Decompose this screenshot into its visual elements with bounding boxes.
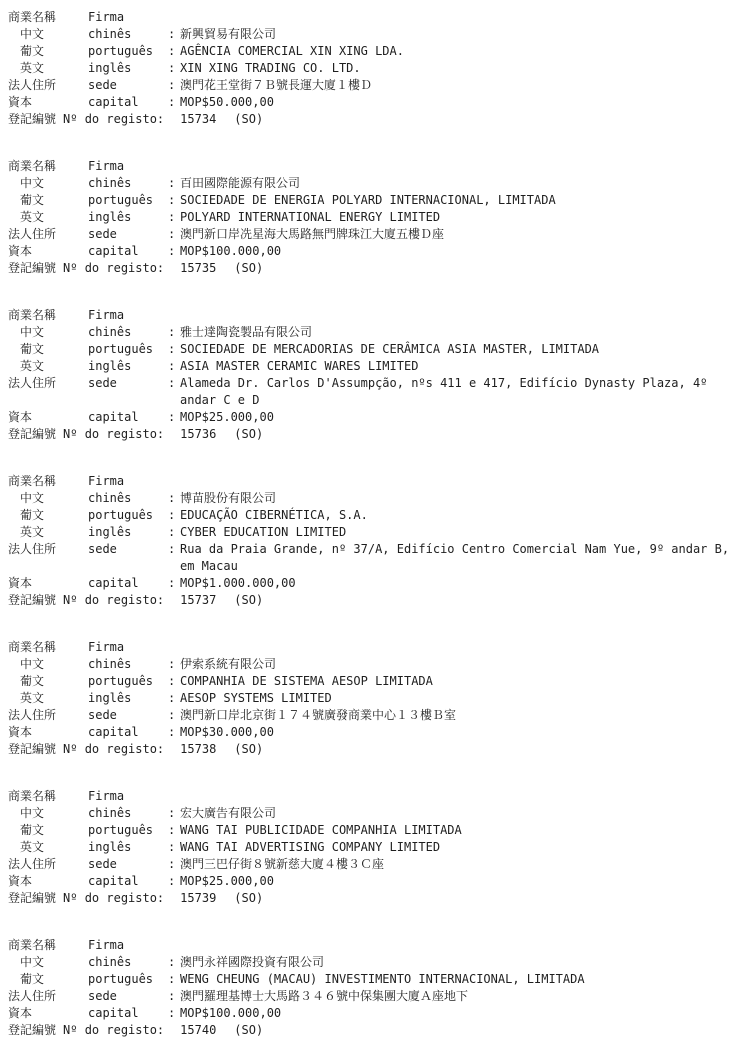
portuguese-name-row: 葡文 português : COMPANHIA DE SISTEMA AESO… [8, 673, 736, 690]
registered-address-row: 法人住所 sede : 澳門新口岸冼星海大馬路無門牌珠江大廈五樓Ｄ座 [8, 226, 736, 243]
registered-address: 澳門三巴仔街８號新慈大廈４樓３Ｃ座 [180, 856, 736, 873]
registration-number: 15738 [180, 741, 216, 758]
label-business-name-zh: 商業名稱 [8, 9, 88, 26]
separator-colon: : [168, 575, 180, 592]
capital-amount: MOP$30.000,00 [180, 724, 736, 741]
label-capital-zh: 資本 [8, 409, 88, 426]
label-chinese-zh: 中文 [8, 324, 88, 341]
separator-colon: : [168, 192, 180, 209]
label-portuguese-pt: português [88, 971, 168, 988]
separator-colon: : [168, 226, 180, 243]
registration-number: 15735 [180, 260, 216, 277]
registered-address-row: 法人住所 sede : 澳門三巴仔街８號新慈大廈４樓３Ｃ座 [8, 856, 736, 873]
label-registration-pt: Nº do registo: [63, 260, 164, 277]
label-portuguese-zh: 葡文 [8, 341, 88, 358]
label-capital-zh: 資本 [8, 724, 88, 741]
capital-amount: MOP$100.000,00 [180, 243, 736, 260]
label-business-name-pt: Firma [88, 307, 168, 324]
label-chinese-pt: chinês [88, 805, 168, 822]
separator-colon: : [168, 324, 180, 341]
label-portuguese-pt: português [88, 507, 168, 524]
registration-number: 15739 [180, 890, 216, 907]
capital-row: 資本 capital : MOP$1.000.000,00 [8, 575, 736, 592]
business-name-header-row: 商業名稱 Firma [8, 473, 736, 490]
separator-colon: : [168, 507, 180, 524]
chinese-name-row: 中文 chinês : 百田國際能源有限公司 [8, 175, 736, 192]
label-registration-pt: Nº do registo: [63, 1022, 164, 1039]
registration-number-row: 登記編號 Nº do registo: 15734 (SO) [8, 111, 736, 128]
separator-colon: : [168, 77, 180, 94]
separator-colon: : [168, 175, 180, 192]
label-portuguese-zh: 葡文 [8, 822, 88, 839]
label-portuguese-pt: português [88, 341, 168, 358]
capital-row: 資本 capital : MOP$25.000,00 [8, 409, 736, 426]
separator-colon: : [168, 707, 180, 724]
label-registration-zh: 登記編號 [8, 592, 56, 609]
label-portuguese-zh: 葡文 [8, 971, 88, 988]
label-business-name-pt: Firma [88, 937, 168, 954]
capital-row: 資本 capital : MOP$30.000,00 [8, 724, 736, 741]
separator-colon: : [168, 409, 180, 426]
company-name-english: AESOP SYSTEMS LIMITED [180, 690, 736, 707]
separator-colon: : [168, 873, 180, 890]
label-english-pt: inglês [88, 209, 168, 226]
registered-address-row: 法人住所 sede : Alameda Dr. Carlos D'Assumpç… [8, 375, 736, 409]
english-name-row: 英文 inglês : AESOP SYSTEMS LIMITED [8, 690, 736, 707]
gazette-page: 商業名稱 Firma 中文 chinês : 新興貿易有限公司 葡文 portu… [0, 0, 742, 1039]
label-address-zh: 法人住所 [8, 988, 88, 1005]
company-name-english: CYBER EDUCATION LIMITED [180, 524, 736, 541]
label-portuguese-zh: 葡文 [8, 43, 88, 60]
capital-row: 資本 capital : MOP$100.000,00 [8, 243, 736, 260]
separator-colon: : [168, 839, 180, 856]
label-business-name-pt: Firma [88, 639, 168, 656]
company-name-portuguese: AGÊNCIA COMERCIAL XIN XING LDA. [180, 43, 736, 60]
label-address-zh: 法人住所 [8, 707, 88, 724]
label-chinese-zh: 中文 [8, 26, 88, 43]
label-chinese-pt: chinês [88, 175, 168, 192]
company-record: 商業名稱 Firma 中文 chinês : 博苗股份有限公司 葡文 portu… [8, 473, 736, 609]
business-name-header-row: 商業名稱 Firma [8, 937, 736, 954]
label-chinese-zh: 中文 [8, 490, 88, 507]
capital-amount: MOP$100.000,00 [180, 1005, 736, 1022]
separator-colon: : [168, 673, 180, 690]
label-chinese-zh: 中文 [8, 954, 88, 971]
registration-suffix: (SO) [234, 1022, 263, 1039]
separator-colon: : [168, 94, 180, 111]
registration-suffix: (SO) [234, 741, 263, 758]
separator-colon: : [168, 243, 180, 260]
separator-colon: : [168, 822, 180, 839]
separator-colon: : [168, 541, 180, 558]
label-registration-zh: 登記編號 [8, 741, 56, 758]
company-record: 商業名稱 Firma 中文 chinês : 伊索系統有限公司 葡文 portu… [8, 639, 736, 758]
label-address-pt: sede [88, 77, 168, 94]
company-name-portuguese: COMPANHIA DE SISTEMA AESOP LIMITADA [180, 673, 736, 690]
label-chinese-pt: chinês [88, 26, 168, 43]
company-name-chinese: 伊索系統有限公司 [180, 656, 736, 673]
separator-colon: : [168, 209, 180, 226]
label-capital-pt: capital [88, 873, 168, 890]
separator-colon: : [168, 60, 180, 77]
separator-colon: : [168, 43, 180, 60]
label-chinese-pt: chinês [88, 954, 168, 971]
registration-number-row: 登記編號 Nº do registo: 15740 (SO) [8, 1022, 736, 1039]
separator-colon: : [168, 954, 180, 971]
label-address-pt: sede [88, 988, 168, 1005]
registration-number: 15737 [180, 592, 216, 609]
separator-colon: : [168, 690, 180, 707]
label-english-pt: inglês [88, 60, 168, 77]
label-capital-zh: 資本 [8, 243, 88, 260]
label-english-pt: inglês [88, 524, 168, 541]
portuguese-name-row: 葡文 português : WENG CHEUNG (MACAU) INVES… [8, 971, 736, 988]
chinese-name-row: 中文 chinês : 新興貿易有限公司 [8, 26, 736, 43]
label-capital-pt: capital [88, 243, 168, 260]
registered-address-row: 法人住所 sede : 澳門新口岸北京街１７４號廣發商業中心１３樓Ｂ室 [8, 707, 736, 724]
label-english-zh: 英文 [8, 209, 88, 226]
capital-amount: MOP$1.000.000,00 [180, 575, 736, 592]
label-english-zh: 英文 [8, 690, 88, 707]
business-name-header-row: 商業名稱 Firma [8, 307, 736, 324]
label-business-name-pt: Firma [88, 9, 168, 26]
company-record: 商業名稱 Firma 中文 chinês : 百田國際能源有限公司 葡文 por… [8, 158, 736, 277]
label-chinese-zh: 中文 [8, 175, 88, 192]
label-business-name-zh: 商業名稱 [8, 639, 88, 656]
company-record: 商業名稱 Firma 中文 chinês : 澳門永祥國際投資有限公司 葡文 p… [8, 937, 736, 1039]
label-portuguese-zh: 葡文 [8, 507, 88, 524]
chinese-name-row: 中文 chinês : 宏大廣告有限公司 [8, 805, 736, 822]
company-name-chinese: 澳門永祥國際投資有限公司 [180, 954, 736, 971]
label-portuguese-pt: português [88, 673, 168, 690]
portuguese-name-row: 葡文 português : WANG TAI PUBLICIDADE COMP… [8, 822, 736, 839]
separator-colon: : [168, 656, 180, 673]
company-name-portuguese: SOCIEDADE DE MERCADORIAS DE CERÂMICA ASI… [180, 341, 736, 358]
label-registration-zh: 登記編號 [8, 426, 56, 443]
chinese-name-row: 中文 chinês : 伊索系統有限公司 [8, 656, 736, 673]
label-registration-pt: Nº do registo: [63, 741, 164, 758]
label-business-name-zh: 商業名稱 [8, 937, 88, 954]
company-name-chinese: 新興貿易有限公司 [180, 26, 736, 43]
label-english-pt: inglês [88, 839, 168, 856]
label-address-pt: sede [88, 375, 168, 392]
company-records: 商業名稱 Firma 中文 chinês : 新興貿易有限公司 葡文 portu… [8, 9, 736, 1039]
capital-row: 資本 capital : MOP$100.000,00 [8, 1005, 736, 1022]
label-registration-pt: Nº do registo: [63, 426, 164, 443]
label-english-zh: 英文 [8, 524, 88, 541]
registered-address: Alameda Dr. Carlos D'Assumpção, nºs 411 … [180, 375, 736, 409]
label-chinese-pt: chinês [88, 324, 168, 341]
capital-row: 資本 capital : MOP$25.000,00 [8, 873, 736, 890]
company-name-chinese: 宏大廣告有限公司 [180, 805, 736, 822]
label-english-zh: 英文 [8, 60, 88, 77]
registered-address: 澳門新口岸冼星海大馬路無門牌珠江大廈五樓Ｄ座 [180, 226, 736, 243]
label-capital-pt: capital [88, 94, 168, 111]
registration-suffix: (SO) [234, 426, 263, 443]
label-business-name-pt: Firma [88, 158, 168, 175]
registration-number-row: 登記編號 Nº do registo: 15739 (SO) [8, 890, 736, 907]
company-name-portuguese: EDUCAÇÃO CIBERNÉTICA, S.A. [180, 507, 736, 524]
capital-amount: MOP$25.000,00 [180, 873, 736, 890]
registration-number-row: 登記編號 Nº do registo: 15738 (SO) [8, 741, 736, 758]
label-english-pt: inglês [88, 358, 168, 375]
label-address-zh: 法人住所 [8, 77, 88, 94]
label-english-pt: inglês [88, 690, 168, 707]
label-business-name-zh: 商業名稱 [8, 158, 88, 175]
label-registration-zh: 登記編號 [8, 260, 56, 277]
business-name-header-row: 商業名稱 Firma [8, 639, 736, 656]
registered-address-row: 法人住所 sede : 澳門花王堂街７Ｂ號長運大廈１樓Ｄ [8, 77, 736, 94]
separator-colon: : [168, 358, 180, 375]
label-capital-zh: 資本 [8, 575, 88, 592]
portuguese-name-row: 葡文 português : EDUCAÇÃO CIBERNÉTICA, S.A… [8, 507, 736, 524]
capital-amount: MOP$25.000,00 [180, 409, 736, 426]
separator-colon: : [168, 341, 180, 358]
label-portuguese-pt: português [88, 822, 168, 839]
registration-suffix: (SO) [234, 890, 263, 907]
company-name-english: WANG TAI ADVERTISING COMPANY LIMITED [180, 839, 736, 856]
registration-number: 15736 [180, 426, 216, 443]
english-name-row: 英文 inglês : CYBER EDUCATION LIMITED [8, 524, 736, 541]
english-name-row: 英文 inglês : ASIA MASTER CERAMIC WARES LI… [8, 358, 736, 375]
label-registration-zh: 登記編號 [8, 111, 56, 128]
portuguese-name-row: 葡文 português : AGÊNCIA COMERCIAL XIN XIN… [8, 43, 736, 60]
company-name-english: POLYARD INTERNATIONAL ENERGY LIMITED [180, 209, 736, 226]
registered-address: 澳門新口岸北京街１７４號廣發商業中心１３樓Ｂ室 [180, 707, 736, 724]
label-capital-zh: 資本 [8, 873, 88, 890]
separator-colon: : [168, 724, 180, 741]
separator-colon: : [168, 971, 180, 988]
label-portuguese-pt: português [88, 43, 168, 60]
label-portuguese-pt: português [88, 192, 168, 209]
label-portuguese-zh: 葡文 [8, 192, 88, 209]
company-record: 商業名稱 Firma 中文 chinês : 新興貿易有限公司 葡文 portu… [8, 9, 736, 128]
portuguese-name-row: 葡文 português : SOCIEDADE DE ENERGIA POLY… [8, 192, 736, 209]
chinese-name-row: 中文 chinês : 澳門永祥國際投資有限公司 [8, 954, 736, 971]
registered-address: 澳門羅理基博士大馬路３４６號中保集團大廈Ａ座地下 [180, 988, 736, 1005]
english-name-row: 英文 inglês : XIN XING TRADING CO. LTD. [8, 60, 736, 77]
label-capital-zh: 資本 [8, 94, 88, 111]
separator-colon: : [168, 26, 180, 43]
registered-address-row: 法人住所 sede : 澳門羅理基博士大馬路３４６號中保集團大廈Ａ座地下 [8, 988, 736, 1005]
label-address-zh: 法人住所 [8, 541, 88, 558]
company-name-portuguese: SOCIEDADE DE ENERGIA POLYARD INTERNACION… [180, 192, 736, 209]
label-registration-zh: 登記編號 [8, 890, 56, 907]
registration-suffix: (SO) [234, 592, 263, 609]
label-registration-zh: 登記編號 [8, 1022, 56, 1039]
label-capital-zh: 資本 [8, 1005, 88, 1022]
label-address-pt: sede [88, 707, 168, 724]
capital-row: 資本 capital : MOP$50.000,00 [8, 94, 736, 111]
registered-address: Rua da Praia Grande, nº 37/A, Edifício C… [180, 541, 736, 575]
registration-number: 15740 [180, 1022, 216, 1039]
label-business-name-zh: 商業名稱 [8, 473, 88, 490]
registration-number-row: 登記編號 Nº do registo: 15735 (SO) [8, 260, 736, 277]
separator-colon: : [168, 490, 180, 507]
label-capital-pt: capital [88, 724, 168, 741]
label-business-name-zh: 商業名稱 [8, 788, 88, 805]
separator-colon: : [168, 375, 180, 392]
label-english-zh: 英文 [8, 358, 88, 375]
business-name-header-row: 商業名稱 Firma [8, 9, 736, 26]
label-address-pt: sede [88, 541, 168, 558]
registration-number: 15734 [180, 111, 216, 128]
label-portuguese-zh: 葡文 [8, 673, 88, 690]
label-address-zh: 法人住所 [8, 226, 88, 243]
separator-colon: : [168, 988, 180, 1005]
company-record: 商業名稱 Firma 中文 chinês : 宏大廣告有限公司 葡文 portu… [8, 788, 736, 907]
label-capital-pt: capital [88, 409, 168, 426]
company-name-english: XIN XING TRADING CO. LTD. [180, 60, 736, 77]
label-address-zh: 法人住所 [8, 375, 88, 392]
label-address-pt: sede [88, 226, 168, 243]
chinese-name-row: 中文 chinês : 博苗股份有限公司 [8, 490, 736, 507]
label-chinese-pt: chinês [88, 490, 168, 507]
business-name-header-row: 商業名稱 Firma [8, 158, 736, 175]
company-name-portuguese: WENG CHEUNG (MACAU) INVESTIMENTO INTERNA… [180, 971, 736, 988]
separator-colon: : [168, 805, 180, 822]
business-name-header-row: 商業名稱 Firma [8, 788, 736, 805]
company-name-portuguese: WANG TAI PUBLICIDADE COMPANHIA LIMITADA [180, 822, 736, 839]
label-capital-pt: capital [88, 1005, 168, 1022]
label-business-name-zh: 商業名稱 [8, 307, 88, 324]
label-registration-pt: Nº do registo: [63, 890, 164, 907]
label-english-zh: 英文 [8, 839, 88, 856]
registration-number-row: 登記編號 Nº do registo: 15736 (SO) [8, 426, 736, 443]
registration-suffix: (SO) [234, 260, 263, 277]
label-business-name-pt: Firma [88, 788, 168, 805]
english-name-row: 英文 inglês : POLYARD INTERNATIONAL ENERGY… [8, 209, 736, 226]
registration-suffix: (SO) [234, 111, 263, 128]
chinese-name-row: 中文 chinês : 雅士達陶瓷製品有限公司 [8, 324, 736, 341]
label-chinese-zh: 中文 [8, 656, 88, 673]
separator-colon: : [168, 1005, 180, 1022]
label-registration-pt: Nº do registo: [63, 592, 164, 609]
separator-colon: : [168, 856, 180, 873]
label-address-pt: sede [88, 856, 168, 873]
label-registration-pt: Nº do registo: [63, 111, 164, 128]
english-name-row: 英文 inglês : WANG TAI ADVERTISING COMPANY… [8, 839, 736, 856]
label-chinese-zh: 中文 [8, 805, 88, 822]
label-chinese-pt: chinês [88, 656, 168, 673]
separator-colon: : [168, 524, 180, 541]
company-name-chinese: 百田國際能源有限公司 [180, 175, 736, 192]
registered-address-row: 法人住所 sede : Rua da Praia Grande, nº 37/A… [8, 541, 736, 575]
company-name-chinese: 博苗股份有限公司 [180, 490, 736, 507]
label-address-zh: 法人住所 [8, 856, 88, 873]
registered-address: 澳門花王堂街７Ｂ號長運大廈１樓Ｄ [180, 77, 736, 94]
company-record: 商業名稱 Firma 中文 chinês : 雅士達陶瓷製品有限公司 葡文 po… [8, 307, 736, 443]
registration-number-row: 登記編號 Nº do registo: 15737 (SO) [8, 592, 736, 609]
company-name-english: ASIA MASTER CERAMIC WARES LIMITED [180, 358, 736, 375]
label-business-name-pt: Firma [88, 473, 168, 490]
capital-amount: MOP$50.000,00 [180, 94, 736, 111]
label-capital-pt: capital [88, 575, 168, 592]
company-name-chinese: 雅士達陶瓷製品有限公司 [180, 324, 736, 341]
portuguese-name-row: 葡文 português : SOCIEDADE DE MERCADORIAS … [8, 341, 736, 358]
